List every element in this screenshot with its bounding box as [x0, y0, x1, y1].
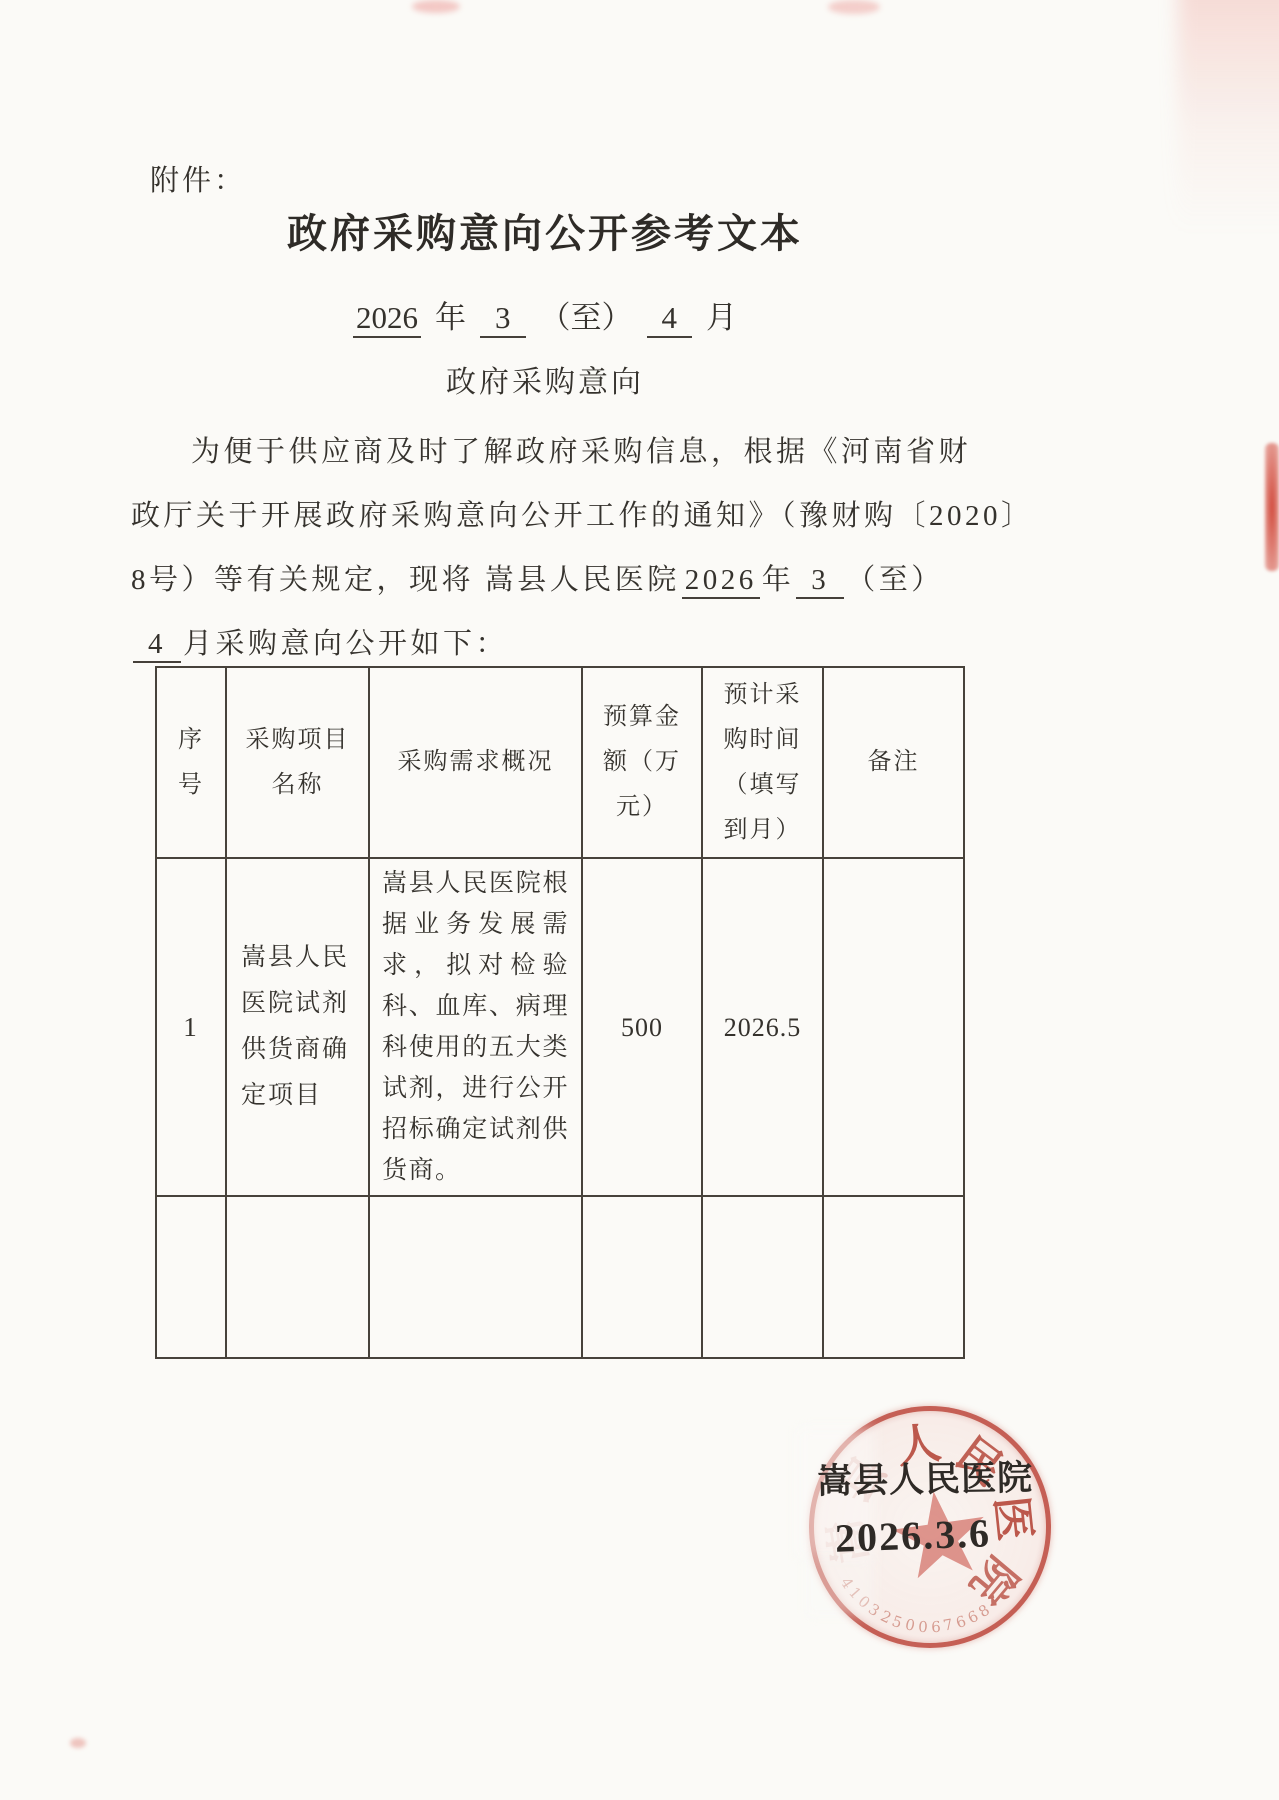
col-header-remarks: 备注	[823, 667, 964, 858]
scan-streak-right-edge	[1265, 443, 1279, 571]
cell-remarks	[823, 858, 964, 1196]
subtitle-month-unit: 月	[706, 300, 737, 335]
intro-line-3: 8号）等有关规定，现将 嵩县人民医院2026年3（至）	[131, 548, 1031, 612]
subtitle-to-label: （至）	[540, 300, 633, 335]
intro-from-month-blank: 3	[796, 564, 844, 599]
cell-expected-time	[702, 1196, 823, 1358]
cell-demand-summary	[369, 1196, 582, 1358]
intro-text: 年	[762, 564, 795, 596]
subtitle-date-line: 2026年3（至）4月	[135, 292, 955, 338]
col-header-serial-no: 序号	[156, 667, 226, 858]
stamp-serial-digit: 0	[917, 1617, 928, 1636]
stamp-org-name: 嵩县人民医院	[817, 1450, 1048, 1504]
intro-year-blank: 2026	[682, 564, 760, 599]
col-header-project-name: 采购项目名称	[226, 667, 369, 858]
procurement-table: 序号 采购项目名称 采购需求概况 预算金额（万元） 预计采购时间（填写到月） 备…	[155, 666, 965, 1359]
intro-text: 月采购意向公开如下：	[183, 628, 508, 660]
cell-serial-no	[156, 1196, 226, 1358]
intro-paragraph: 为便于供应商及时了解政府采购信息，根据《河南省财 政厅关于开展政府采购意向公开工…	[131, 420, 1031, 676]
intro-text: 8号）等有关规定，现将 嵩县人民医院	[131, 564, 680, 596]
cell-project-name	[226, 1196, 369, 1358]
cell-expected-time: 2026.5	[702, 858, 823, 1196]
document-page: 附件： 政府采购意向公开参考文本 2026年3（至）4月 政府采购意向 为便于供…	[0, 0, 1279, 1800]
col-header-demand-summary: 采购需求概况	[369, 667, 582, 858]
page-title: 政府采购意向公开参考文本	[135, 202, 955, 259]
section-heading: 政府采购意向	[135, 357, 955, 401]
cell-budget	[582, 1196, 702, 1358]
cell-serial-no: 1	[156, 858, 226, 1196]
scan-smudge-top-center	[828, 0, 880, 14]
col-header-expected-time: 预计采购时间（填写到月）	[702, 667, 823, 858]
scan-dot-bottom-left	[70, 1738, 86, 1748]
intro-to-month-blank: 4	[133, 628, 181, 663]
stamp-date: 2026.3.6	[834, 1509, 992, 1561]
official-stamp: 嵩县人民医院 4103250067668 嵩县人民医院 2026.3.6	[809, 1406, 1051, 1648]
subtitle-year-unit: 年	[435, 300, 466, 335]
cell-demand-summary: 嵩县人民医院根据业务发展需求，拟对检验科、血库、病理科使用的五大类试剂，进行公开…	[369, 858, 582, 1196]
cell-remarks	[823, 1196, 964, 1358]
intro-line-2: 政厅关于开展政府采购意向公开工作的通知》（豫财购〔2020〕	[131, 484, 1031, 548]
cell-budget: 500	[582, 858, 702, 1196]
table-header-row: 序号 采购项目名称 采购需求概况 预算金额（万元） 预计采购时间（填写到月） 备…	[156, 667, 964, 858]
cell-project-name: 嵩县人民医院试剂供货商确定项目	[226, 858, 369, 1196]
subtitle-from-month: 3	[480, 300, 526, 338]
subtitle-to-month: 4	[647, 300, 693, 338]
scan-smudge-top-right	[1178, 0, 1279, 230]
table-row-empty	[156, 1196, 964, 1358]
col-header-budget: 预算金额（万元）	[582, 667, 702, 858]
intro-text: （至）	[846, 564, 944, 596]
stamp-fade-overlay	[805, 1556, 875, 1616]
stamp-serial-digit: 6	[930, 1618, 941, 1637]
intro-line-1: 为便于供应商及时了解政府采购信息，根据《河南省财	[131, 420, 1031, 484]
scan-smudge-top-left	[412, 0, 460, 13]
intro-text: 政厅关于开展政府采购意向公开工作的通知》（豫财购〔2020〕	[131, 500, 1034, 532]
attachment-label: 附件：	[150, 158, 246, 199]
table-row: 1 嵩县人民医院试剂供货商确定项目 嵩县人民医院根据业务发展需求，拟对检验科、血…	[156, 858, 964, 1196]
subtitle-year: 2026	[353, 300, 421, 338]
intro-text: 为便于供应商及时了解政府采购信息，根据《河南省财	[191, 436, 971, 468]
